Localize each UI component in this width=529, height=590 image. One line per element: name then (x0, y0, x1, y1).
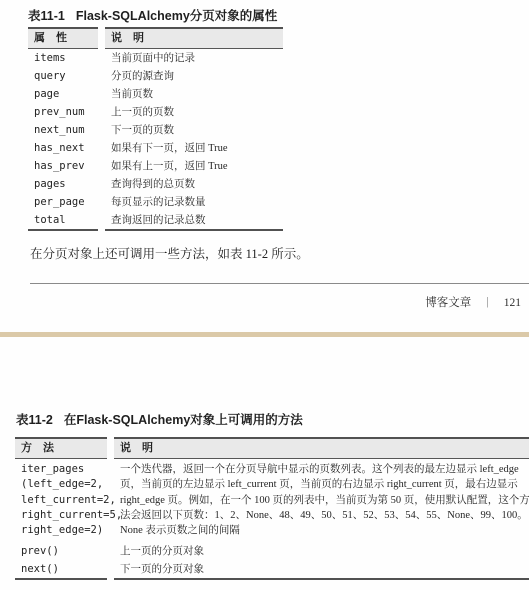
table-row: next_num 下一页的页数 (28, 121, 283, 139)
table-row: prev() 上一页的分页对象 (15, 542, 529, 560)
method-name: iter_pages (left_edge=2, left_current=2,… (15, 459, 107, 542)
table-row: query 分页的源查询 (28, 67, 283, 85)
property-description: 当前页数 (105, 85, 283, 103)
property-description: 下一页的页数 (105, 121, 283, 139)
method-description: 上一页的分页对象 (114, 542, 529, 560)
footer-rule (30, 283, 529, 284)
column-header-description: 说 明 (114, 437, 529, 459)
property-name: page (28, 85, 98, 103)
table-11-2-title: 表11-2在Flask-SQLAlchemy对象上可调用的方法 (16, 410, 303, 428)
property-name: next_num (28, 121, 98, 139)
footer-page-number: 121 (504, 297, 521, 309)
table-row: next() 下一页的分页对象 (15, 560, 529, 580)
body-paragraph: 在分页对象上还可调用一些方法，如表 11-2 所示。 (30, 244, 309, 262)
property-description: 上一页的页数 (105, 103, 283, 121)
table-row: page 当前页数 (28, 85, 283, 103)
method-description: 下一页的分页对象 (114, 560, 529, 580)
book-scan-page: 表11-1Flask-SQLAlchemy分页对象的属性 属 性 说 明 ite… (0, 0, 529, 590)
footer-separator: ｜ (482, 298, 493, 309)
column-header-property: 属 性 (28, 27, 98, 49)
property-name: pages (28, 175, 98, 193)
table-11-1-label: 表11-1 (28, 9, 65, 23)
column-header-description: 说 明 (105, 27, 283, 49)
method-name: prev() (15, 542, 107, 560)
property-description: 如果有下一页，返回 True (105, 139, 283, 157)
property-description: 分页的源查询 (105, 67, 283, 85)
table-11-1: 属 性 说 明 items 当前页面中的记录 query 分页的源查询 page… (28, 27, 283, 231)
property-description: 每页显示的记录数量 (105, 193, 283, 211)
table-row: prev_num 上一页的页数 (28, 103, 283, 121)
property-description: 如果有上一页，返回 True (105, 157, 283, 175)
table-11-2-label: 表11-2 (16, 413, 53, 427)
property-description: 当前页面中的记录 (105, 49, 283, 67)
page-divider-band (0, 332, 529, 337)
property-name: total (28, 211, 98, 231)
method-description: 一个迭代器，返回一个在分页导航中显示的页数列表。这个列表的最左边显示 left_… (114, 459, 529, 542)
table-row: per_page 每页显示的记录数量 (28, 193, 283, 211)
table-row: pages 查询得到的总页数 (28, 175, 283, 193)
property-name: prev_num (28, 103, 98, 121)
method-name: next() (15, 560, 107, 580)
table-11-2-caption: 在Flask-SQLAlchemy对象上可调用的方法 (64, 413, 303, 427)
table-11-1-title: 表11-1Flask-SQLAlchemy分页对象的属性 (28, 6, 277, 24)
table-row: has_next 如果有下一页，返回 True (28, 139, 283, 157)
table-11-2-header-row: 方 法 说 明 (15, 437, 529, 459)
table-11-1-header-row: 属 性 说 明 (28, 27, 283, 49)
property-name: has_prev (28, 157, 98, 175)
table-row: total 查询返回的记录总数 (28, 211, 283, 231)
table-11-2: 方 法 说 明 iter_pages (left_edge=2, left_cu… (15, 437, 529, 580)
property-name: items (28, 49, 98, 67)
property-name: per_page (28, 193, 98, 211)
table-row: iter_pages (left_edge=2, left_current=2,… (15, 459, 529, 542)
table-row: items 当前页面中的记录 (28, 49, 283, 67)
column-header-method: 方 法 (15, 437, 107, 459)
table-11-1-caption: Flask-SQLAlchemy分页对象的属性 (76, 9, 277, 23)
footer-section-label: 博客文章 (425, 297, 471, 309)
property-name: has_next (28, 139, 98, 157)
page-footer: 博客文章｜121 (425, 294, 521, 310)
property-name: query (28, 67, 98, 85)
property-description: 查询返回的记录总数 (105, 211, 283, 231)
table-row: has_prev 如果有上一页，返回 True (28, 157, 283, 175)
property-description: 查询得到的总页数 (105, 175, 283, 193)
